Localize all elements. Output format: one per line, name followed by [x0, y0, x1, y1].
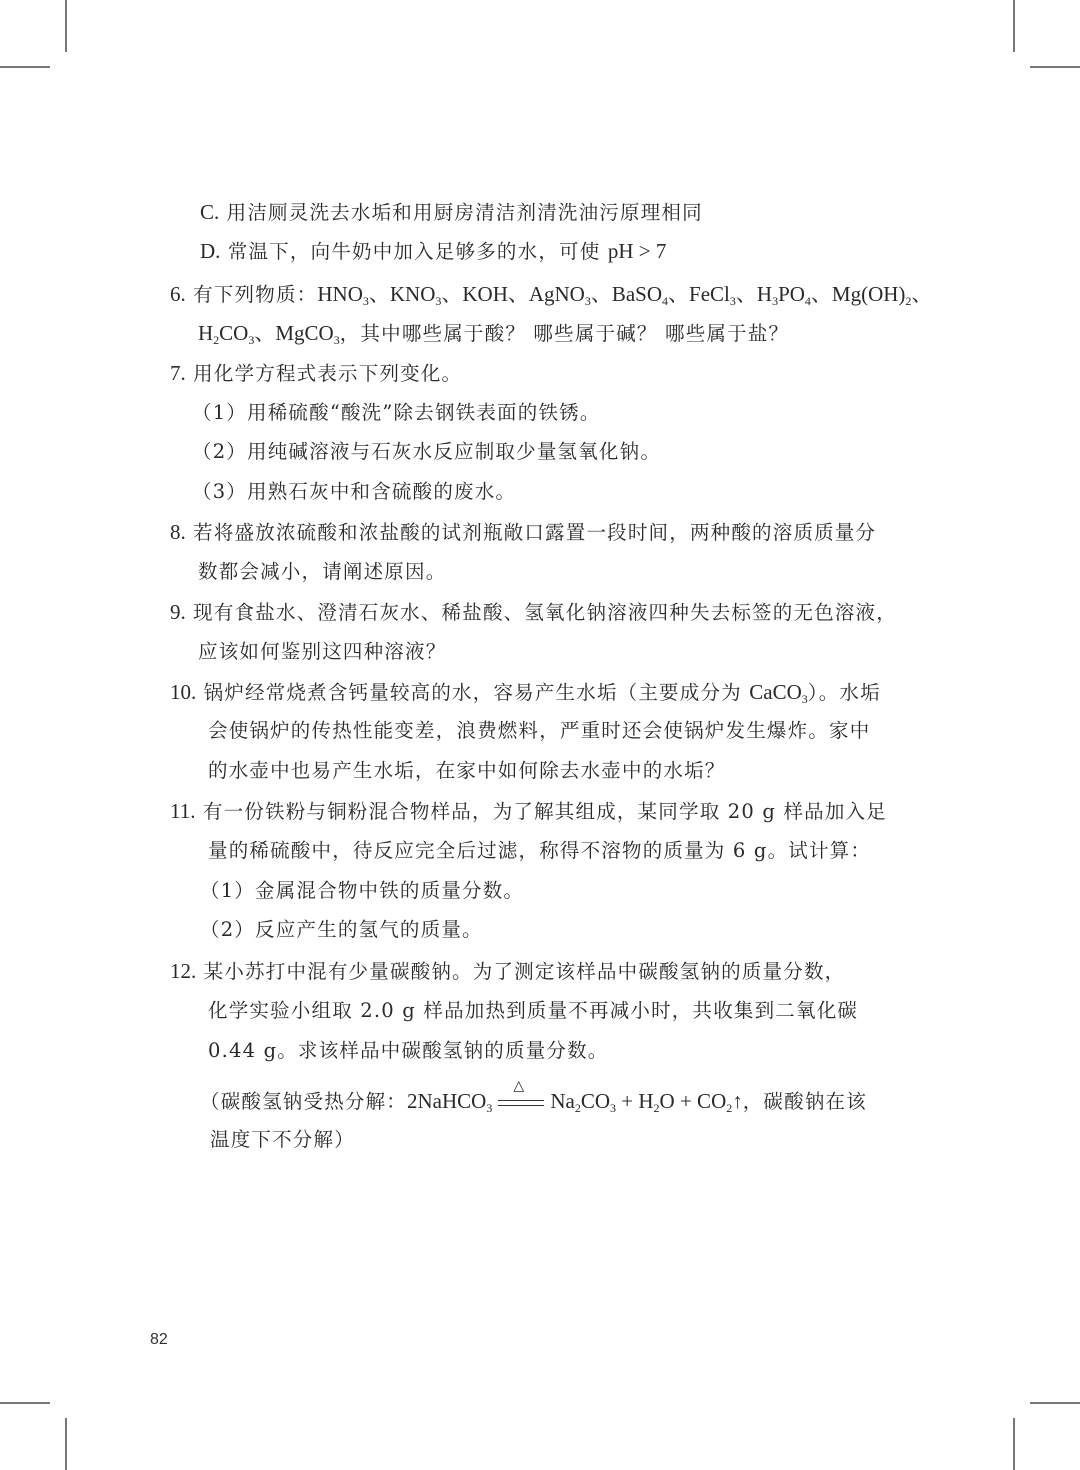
- crop-mark-bottom-right-horizontal: [1030, 1402, 1080, 1404]
- question-6-line-2: H2CO3、MgCO3，其中哪些属于酸？ 哪些属于碱？ 哪些属于盐？: [198, 321, 789, 346]
- question-11-line-1: 11. 有一份铁粉与铜粉混合物样品，为了解其组成，某同学取 20 g 样品加入足: [170, 799, 887, 824]
- crop-mark-top-right-horizontal: [1030, 66, 1080, 68]
- crop-mark-bottom-right-vertical: [1013, 1418, 1015, 1470]
- question-6-line-1: 6. 有下列物质：HNO3、KNO3、KOH、AgNO3、BaSO4、FeCl3…: [170, 282, 932, 307]
- question-12-line-2: 化学实验小组取 2.0 g 样品加热到质量不再减小时，共收集到二氧化碳: [208, 999, 858, 1023]
- question-7-sub-2: （2）用纯碱溶液与石灰水反应制取少量氢氧化钠。: [192, 440, 661, 464]
- question-9-line-1: 9. 现有食盐水、澄清石灰水、稀盐酸、氢氧化钠溶液四种失去标签的无色溶液，: [170, 600, 897, 625]
- question-11-line-2: 量的稀硫酸中，待反应完全后过滤，称得不溶物的质量为 6 g。试计算：: [208, 839, 871, 863]
- formula-list-2: H2CO3、MgCO3: [198, 321, 340, 345]
- crop-mark-bottom-left-vertical: [65, 1418, 67, 1470]
- question-10-line-2: 会使锅炉的传热性能变差，浪费燃料，严重时还会使锅炉发生爆炸。家中: [208, 719, 870, 743]
- formula-list: HNO3、KNO3、KOH、AgNO3、BaSO4、FeCl3、H3PO4、Mg…: [317, 282, 932, 306]
- question-9-line-2: 应该如何鉴别这四种溶液？: [198, 640, 446, 664]
- question-8-line-2: 数都会减小，请阐述原因。: [198, 560, 446, 584]
- question-10-line-3: 的水壶中也易产生水垢，在家中如何除去水壶中的水垢？: [208, 759, 726, 783]
- question-12-note-line-1: （碳酸氢钠受热分解：2NaHCO3△Na2CO3 + H2O + CO2↑，碳酸…: [200, 1089, 867, 1114]
- heat-equals-sign-icon: △: [498, 1096, 544, 1110]
- equation-reactant: 2NaHCO3: [407, 1089, 492, 1113]
- crop-mark-bottom-left-horizontal: [0, 1402, 50, 1404]
- question-12-note-line-2: 温度下不分解）: [210, 1128, 355, 1152]
- question-11-sub-1: （1）金属混合物中铁的质量分数。: [200, 879, 524, 903]
- formula-caco3: CaCO3: [749, 680, 808, 704]
- option-c: C. 用洁厕灵洗去水垢和用厨房清洁剂清洗油污原理相同: [200, 200, 703, 225]
- question-8-line-1: 8. 若将盛放浓硫酸和浓盐酸的试剂瓶敞口露置一段时间，两种酸的溶质质量分: [170, 520, 876, 545]
- question-12-line-1: 12. 某小苏打中混有少量碳酸钠。为了测定该样品中碳酸氢钠的质量分数，: [170, 959, 845, 984]
- crop-mark-top-left-horizontal: [0, 66, 50, 68]
- crop-mark-top-left-vertical: [65, 0, 67, 52]
- equation-products: Na2CO3 + H2O + CO2↑: [550, 1089, 742, 1113]
- question-12-line-3: 0.44 g。求该样品中碳酸氢钠的质量分数。: [208, 1039, 609, 1063]
- crop-mark-top-right-vertical: [1013, 0, 1015, 52]
- question-11-sub-2: （2）反应产生的氢气的质量。: [200, 918, 483, 942]
- question-7: 7. 用化学方程式表示下列变化。: [170, 361, 462, 386]
- question-10-line-1: 10. 锅炉经常烧煮含钙量较高的水，容易产生水垢（主要成分为 CaCO3）。水垢: [170, 680, 881, 705]
- question-7-sub-1: （1）用稀硫酸“酸洗”除去钢铁表面的铁锈。: [192, 401, 601, 425]
- option-d: D. 常温下，向牛奶中加入足够多的水，可使 pH > 7: [200, 239, 666, 264]
- page-number: 82: [150, 1331, 168, 1349]
- question-7-sub-3: （3）用熟石灰中和含硫酸的废水。: [192, 480, 516, 504]
